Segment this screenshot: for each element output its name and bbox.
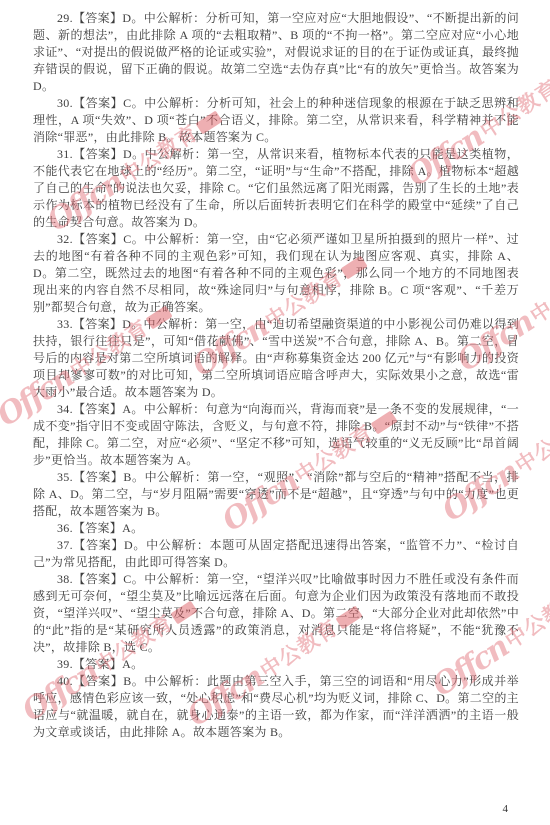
answer-item-39: 39.【答案】A。 <box>33 656 519 673</box>
page-number: 4 <box>503 803 509 815</box>
answer-item-31: 31.【答案】D。中公解析：第一空，从常识来看，植物标本代表的只能是这类植物，不… <box>33 146 519 231</box>
answer-item-30: 30.【答案】C。中公解析：分析可知，社会上的种种迷信现象的根源在于缺乏思辨和理… <box>33 95 519 146</box>
answer-item-29: 29.【答案】D。中公解析：分析可知，第一空应对应“大胆地假设”、“不断提出新的… <box>33 10 519 95</box>
answer-item-32: 32.【答案】C。中公解析：第一空，由“它必须严谨如卫星所拍摄到的照片一样”、过… <box>33 231 519 316</box>
answer-item-38: 38.【答案】C。中公解析：第一空，“望洋兴叹”比喻做事时因力不胜任或没有条件而… <box>33 571 519 656</box>
answer-item-37: 37.【答案】D。中公解析：本题可从固定搭配迅速得出答案，“监管不力”、“检讨自… <box>33 537 519 571</box>
answer-item-36: 36.【答案】A。 <box>33 520 519 537</box>
answer-item-35: 35.【答案】B。中公解析：第一空，“观照”、“消除”都与空后的“精神”搭配不当… <box>33 469 519 520</box>
answer-item-33: 33.【答案】D。中公解析：第一空，由“迫切希望融资渠道的中小影视公司仍难以得到… <box>33 316 519 401</box>
answer-item-40: 40.【答案】B。中公解析：此题由第三空入手，第三空的词语和“用尽心力”形成并举… <box>33 673 519 741</box>
answer-item-34: 34.【答案】A。中公解析：句意为“向海而兴，背海而衰”是一条不变的发展规律，“… <box>33 401 519 469</box>
offcn-logo-text: 中公教育 <box>527 261 550 327</box>
answer-explanations: 29.【答案】D。中公解析：分析可知，第一空应对应“大胆地假设”、“不断提出新的… <box>33 10 519 741</box>
